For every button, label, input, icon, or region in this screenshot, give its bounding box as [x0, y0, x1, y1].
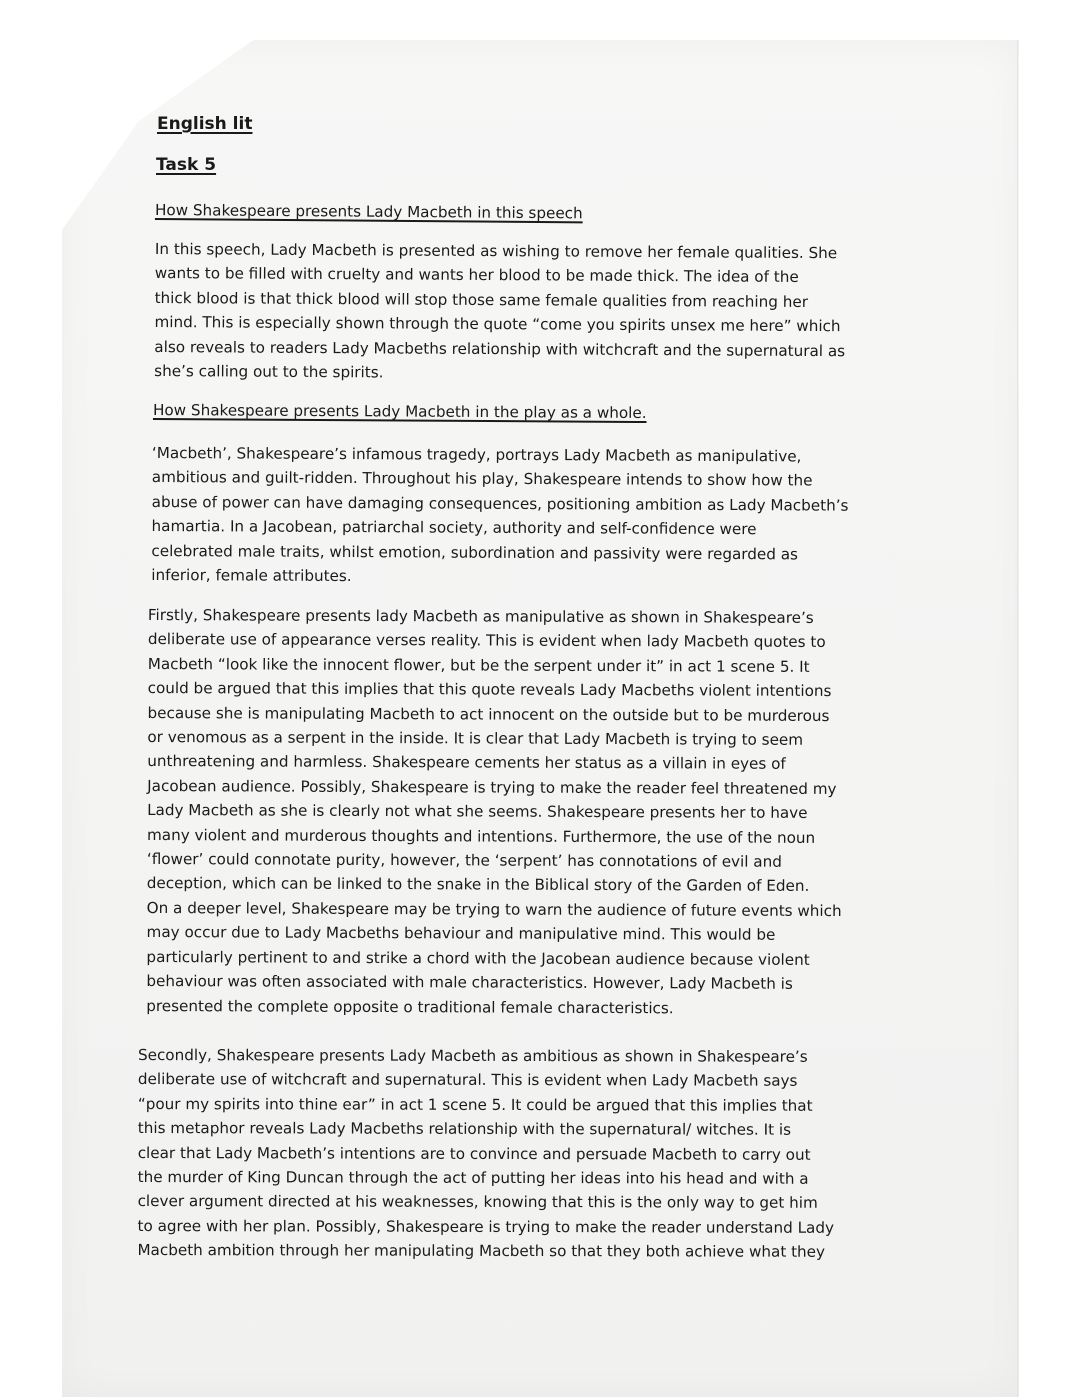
paragraph-intro: ‘Macbeth’, Shakespeare’s infamous traged…: [151, 441, 849, 591]
text-line: or venomous as a serpent in the inside. …: [147, 725, 842, 752]
text-line: behaviour was often associated with male…: [146, 969, 841, 996]
text-line: hamartia. In a Jacobean, patriarchal soc…: [151, 514, 848, 542]
text-line: Firstly, Shakespeare presents lady Macbe…: [148, 603, 843, 630]
text-line: On a deeper level, Shakespeare may be tr…: [147, 896, 842, 923]
text-line: Secondly, Shakespeare presents Lady Macb…: [138, 1043, 835, 1069]
text-line: to agree with her plan. Possibly, Shakes…: [137, 1214, 834, 1240]
section-heading-speech: How Shakespeare presents Lady Macbeth in…: [155, 201, 583, 222]
text-line: the murder of King Duncan through the ac…: [138, 1165, 835, 1191]
text-line: inferior, female attributes.: [151, 563, 848, 591]
text-line: could be argued that this implies that t…: [148, 676, 843, 703]
text-line: ambitious and guilt-ridden. Throughout h…: [152, 465, 849, 493]
text-line: she’s calling out to the spirits.: [154, 359, 845, 388]
text-line: this metaphor reveals Lady Macbeths rela…: [138, 1116, 835, 1142]
section-heading-play: How Shakespeare presents Lady Macbeth in…: [153, 401, 647, 422]
task-label: Task 5: [156, 155, 216, 175]
text-line: many violent and murderous thoughts and …: [147, 823, 842, 850]
text-line: ‘flower’ could connotate purity, however…: [147, 847, 842, 874]
text-line: Macbeth “look like the innocent flower, …: [148, 652, 843, 679]
text-line: “pour my spirits into thine ear” in act …: [138, 1092, 835, 1118]
text-line: clever argument directed at his weakness…: [138, 1189, 835, 1215]
text-line: deliberate use of witchcraft and superna…: [138, 1067, 835, 1093]
text-line: Macbeth ambition through her manipulatin…: [137, 1238, 834, 1264]
paragraph-secondly: Secondly, Shakespeare presents Lady Macb…: [137, 1043, 834, 1264]
paragraph-firstly: Firstly, Shakespeare presents lady Macbe…: [146, 603, 843, 1021]
text-line: may occur due to Lady Macbeths behaviour…: [147, 920, 842, 947]
text-line: Lady Macbeth as she is clearly not what …: [147, 798, 842, 825]
text-line: abuse of power can have damaging consequ…: [152, 490, 849, 518]
text-line: ‘Macbeth’, Shakespeare’s infamous traged…: [152, 441, 849, 469]
text-line: mind. This is especially shown through t…: [154, 310, 845, 339]
text-line: deliberate use of appearance verses real…: [148, 627, 843, 654]
document-title: English lit: [157, 114, 252, 134]
text-line: Jacobean audience. Possibly, Shakespeare…: [147, 774, 842, 801]
text-line: presented the complete opposite o tradit…: [146, 993, 841, 1020]
text-line: deception, which can be linked to the sn…: [147, 871, 842, 898]
text-line: celebrated male traits, whilst emotion, …: [151, 539, 848, 567]
text-line: unthreatening and harmless. Shakespeare …: [147, 749, 842, 776]
text-line: because she is manipulating Macbeth to a…: [147, 701, 842, 728]
text-line: particularly pertinent to and strike a c…: [146, 945, 841, 972]
document-content: English lit Task 5 How Shakespeare prese…: [0, 0, 1080, 1397]
text-line: clear that Lady Macbeth’s intentions are…: [138, 1141, 835, 1167]
paragraph-speech: In this speech, Lady Macbeth is presente…: [154, 237, 846, 388]
